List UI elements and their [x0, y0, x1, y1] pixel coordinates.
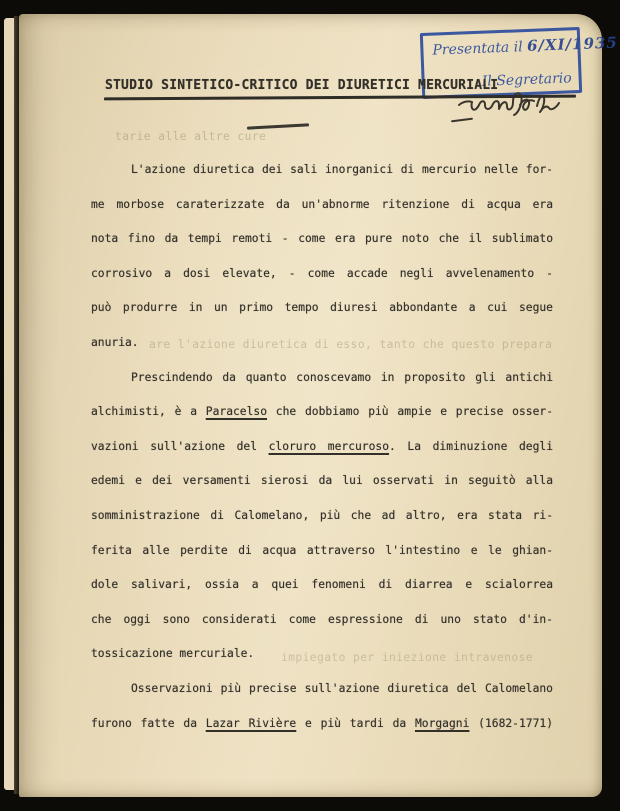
text-segment: (1682-1771): [469, 717, 553, 730]
text-segment: alchimisti, è a: [91, 405, 206, 418]
document-page: tarie alle altre cure are l'azione diure…: [19, 14, 602, 797]
section-divider-dash: [247, 123, 309, 129]
text-line: anuria.: [91, 326, 553, 361]
bleedthrough-text: tarie alle altre cure: [115, 130, 266, 143]
text-segment: anuria.: [91, 336, 139, 349]
text-line: che oggi sono considerati come espressio…: [91, 603, 553, 638]
text-segment: me morbose caraterizzate da un'abnorme r…: [91, 198, 553, 211]
text-line: ferita alle perdite di acqua attraverso …: [91, 534, 553, 569]
text-segment: tossicazione mercuriale.: [91, 647, 254, 660]
text-segment: dole salivari, ossia a quei fenomeni di …: [91, 578, 553, 591]
document-title: STUDIO SINTETICO-CRITICO DEI DIURETICI M…: [105, 78, 498, 93]
text-segment: che dobbiamo più ampie e precise osser-: [267, 405, 553, 418]
text-line: somministrazione di Calomelano, più che …: [91, 499, 553, 534]
text-line: furono fatte da Lazar Rivière e più tard…: [91, 707, 553, 742]
text-line: tossicazione mercuriale.: [91, 637, 553, 672]
text-line: edemi e dei versamenti sierosi da lui os…: [91, 464, 553, 499]
text-segment: nota fino da tempi remoti - come era pur…: [91, 232, 553, 245]
scanned-document: { "document": { "stamp": { "presented_la…: [0, 0, 620, 811]
text-line: dole salivari, ossia a quei fenomeni di …: [91, 568, 553, 603]
text-line: nota fino da tempi remoti - come era pur…: [91, 222, 553, 257]
text-line: vazioni sull'azione del cloruro mercuros…: [91, 430, 553, 465]
text-line: Prescindendo da quanto conoscevamo in pr…: [91, 361, 553, 396]
stamp-presented-label: Presentata il: [432, 39, 523, 58]
text-segment: somministrazione di Calomelano, più che …: [91, 509, 553, 522]
text-segment: che oggi sono considerati come espressio…: [91, 613, 553, 626]
stamp-presented-line: Presentata il 6/XI/1935: [432, 34, 618, 59]
text-segment: corrosivo a dosi elevate, - come accade …: [91, 267, 553, 280]
text-line: L'azione diuretica dei sali inorganici d…: [91, 153, 553, 188]
underlined-term: Lazar Rivière: [206, 717, 296, 730]
text-segment: vazioni sull'azione del: [91, 440, 269, 453]
text-segment: . La diminuzione degli: [389, 440, 553, 453]
text-segment: L'azione diuretica dei sali inorganici d…: [131, 163, 553, 176]
text-line: Osservazioni più precise sull'azione diu…: [91, 672, 553, 707]
text-segment: Osservazioni più precise sull'azione diu…: [131, 682, 553, 695]
text-segment: furono fatte da: [91, 717, 206, 730]
text-line: alchimisti, è a Paracelso che dobbiamo p…: [91, 395, 553, 430]
secretary-signature: [456, 88, 568, 126]
underlined-term: cloruro mercuroso: [269, 440, 389, 453]
underlined-term: Paracelso: [206, 405, 267, 418]
stamp-date: 6/XI/1935: [527, 34, 618, 55]
text-segment: Prescindendo da quanto conoscevamo in pr…: [131, 371, 553, 384]
text-line: corrosivo a dosi elevate, - come accade …: [91, 257, 553, 292]
underlined-term: Morgagni: [415, 717, 469, 730]
text-segment: e più tardi da: [296, 717, 415, 730]
typewritten-body: L'azione diuretica dei sali inorganici d…: [91, 153, 553, 741]
text-segment: ferita alle perdite di acqua attraverso …: [91, 544, 553, 557]
text-line: me morbose caraterizzate da un'abnorme r…: [91, 188, 553, 223]
text-segment: può produrre in un primo tempo diuresi a…: [91, 301, 553, 314]
text-segment: edemi e dei versamenti sierosi da lui os…: [91, 474, 553, 487]
text-line: può produrre in un primo tempo diuresi a…: [91, 291, 553, 326]
